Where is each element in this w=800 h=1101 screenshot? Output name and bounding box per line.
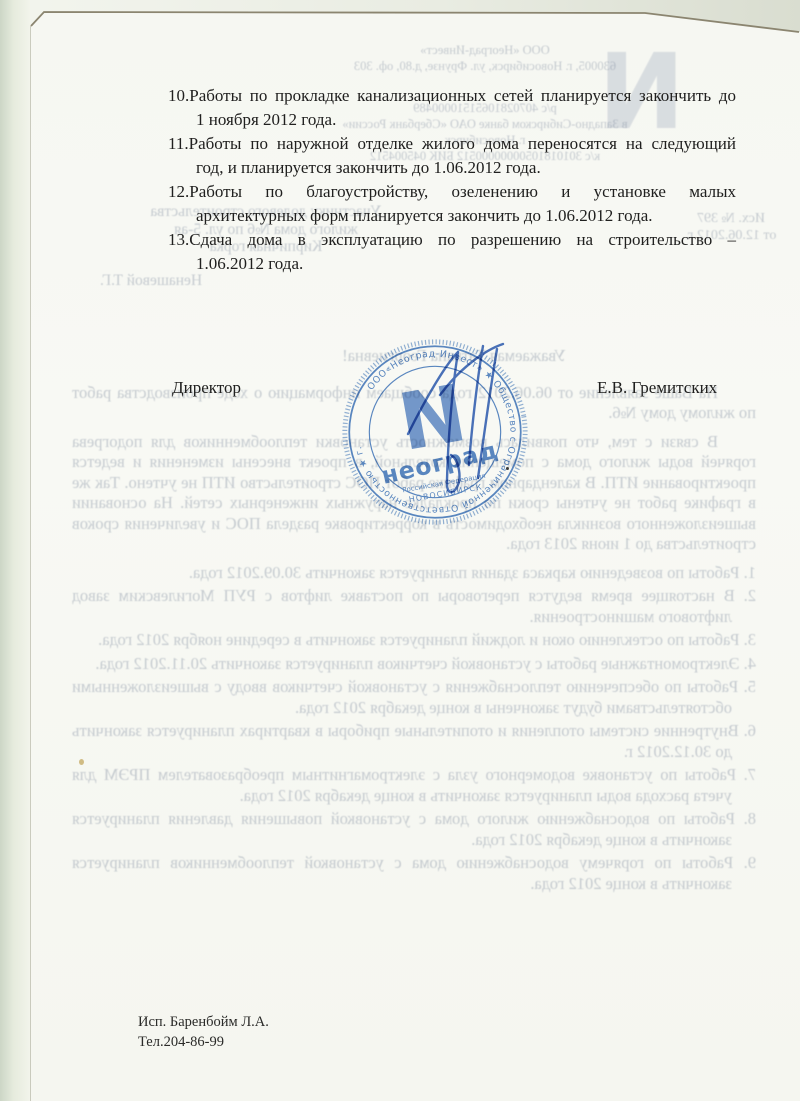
list-item-line: год, и планируется закончить до 1.06.201… [168,156,736,180]
bleedthrough-list-item: 9. Работы по горячему водоснабжению дома… [72,853,756,894]
executor-phone: Тел.204-86-99 [138,1032,269,1052]
list-item: 10.Работы по прокладке канализационных с… [168,84,736,132]
signer-name: Е.В. Гремитских [597,376,717,400]
list-item-line: архитектурных форм планируется закончить… [168,204,736,228]
signer-title: Директор [172,376,241,400]
list-item-line: 10.Работы по прокладке канализационных с… [168,84,736,108]
scanned-letter-page: N ООО «Неоград-Инвест»630005, г. Новосиб… [0,0,800,1101]
list-item-line: 12.Работы по благоустройству, озеленению… [168,180,736,204]
list-item: 11.Работы по наружной отделке жилого дом… [168,132,736,180]
bleedthrough-list-item: 8. Работы по водоснабжению жилого дома с… [72,809,756,850]
bleedthrough-list-item: 4. Электромонтажные работы с установкой … [72,654,756,675]
bleedthrough-numbered-list: 1. Работы по возведению каркаса здания п… [72,563,756,895]
list-item-number: 12. [168,182,189,201]
list-item-text: Сдача дома в эксплуатацию по разрешению … [189,230,736,249]
list-item-text: Работы по наружной отделке жилого дома п… [189,134,736,153]
paper-speck [79,759,84,765]
handwritten-signature [395,332,515,502]
list-item-number: 11. [168,134,189,153]
list-item-line: 1.06.2012 года. [168,252,736,276]
bleedthrough-header-line: 630005, г. Новосибирск, ул. Фрунзе, д.80… [310,58,660,74]
list-item-number: 10. [168,86,189,105]
list-item: 12.Работы по благоустройству, озеленению… [168,180,736,228]
scanner-background-left [0,0,30,1101]
executor-name: Исп. Баренбойм Л.А. [138,1012,269,1032]
bleedthrough-list-item: 2. В настоящее время ведутся переговоры … [72,586,756,627]
bleedthrough-list-item: 5. Работы по обеспечению теплоснабжения … [72,677,756,718]
list-item-line: 1 ноября 2012 года. [168,108,736,132]
list-item-text: Работы по благоустройству, озеленению и … [189,182,736,201]
list-item-text: Работы по прокладке канализационных сете… [189,86,736,105]
bleedthrough-list-item: 3. Работы по остеклению окон и лоджий пл… [72,630,756,651]
list-item-line: 13.Сдача дома в эксплуатацию по разрешен… [168,228,736,252]
list-item-number: 13. [168,230,189,249]
bleedthrough-header-line: ООО «Неоград-Инвест» [310,42,660,58]
list-item: 13.Сдача дома в эксплуатацию по разрешен… [168,228,736,276]
bleedthrough-list-item: 7. Работы по установке водомерного узла … [72,765,756,806]
numbered-list: 10.Работы по прокладке канализационных с… [168,84,736,276]
list-item-line: 11.Работы по наружной отделке жилого дом… [168,132,736,156]
bleedthrough-list-item: 1. Работы по возведению каркаса здания п… [72,563,756,584]
bleedthrough-list-item: 6. Внутренние системы отопления и отопит… [72,721,756,762]
footer-block: Исп. Баренбойм Л.А. Тел.204-86-99 [138,1012,269,1052]
ink-dot [506,467,509,470]
